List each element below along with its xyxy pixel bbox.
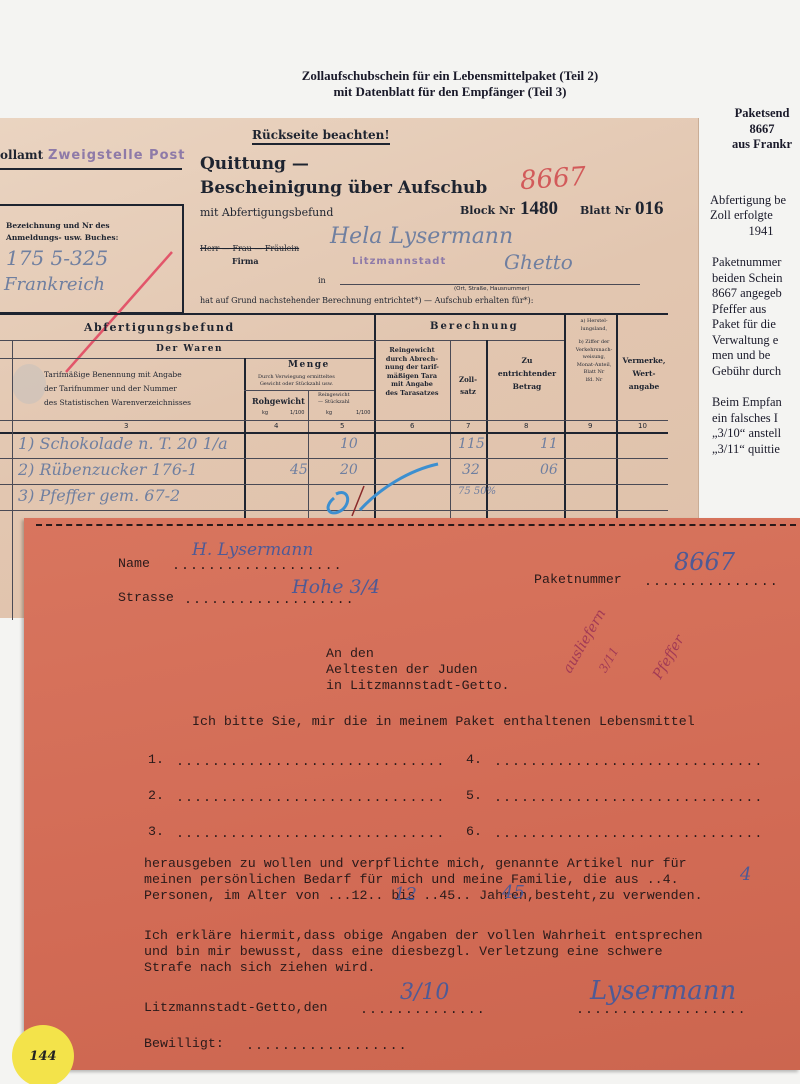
header-line: Reingewicht [380,346,444,355]
receipt-title: Quittung — [200,154,309,174]
addressee-line-2: Aeltesten der Juden [326,662,478,678]
header-line: durch Abrech- [380,355,444,364]
clearance-findings-heading: Abfertigungsbefund [84,321,235,334]
handwritten-recipient-name: Hela Lysermann [330,224,513,249]
side-paragraph-2: Paketnummer beiden Schein 8667 angegeb P… [712,255,800,379]
hundredth-unit: 1/100 [290,410,304,416]
calculation-heading: Berechnung [430,321,519,332]
header-line: Tarifmäßige Benennung mit Angabe [44,368,191,382]
table-row-2-rate: 32 [462,462,480,478]
page-title-line-1: Zollaufschubschein für ein Lebensmittelp… [0,68,800,84]
sticker-number: 144 [29,1049,56,1064]
column-number: 7 [466,422,470,430]
header-line: des Tarasatzes [380,389,444,398]
header-line: b) Ziffer der [568,339,620,347]
handwritten-date: 3/10 [400,980,449,1005]
header-line: a) Herstel- [568,318,620,326]
table-row-3-rate: 75 50% [458,486,496,497]
duty-rate-heading: Zoll- satz [456,374,480,398]
side-line: 8667 angegeb [712,286,800,302]
column-number: 8 [524,422,528,430]
header-line: Gewicht oder Stückzahl usw. [258,381,335,388]
perforation-line [36,524,796,526]
header-line: des Statistischen Warenverzeichnisses [44,396,191,410]
header-line: Zoll- [456,374,480,386]
item-1-dots: .............................. [176,754,445,770]
column-number: 9 [588,422,592,430]
parcel-number-handwritten: 8667 [674,548,735,576]
request-text: Ich bitte Sie, mir die in meinem Paket e… [192,714,695,730]
side-paragraph-1: Abfertigung be Zoll erfolgte 1941 [710,193,800,240]
blue-check-mark [320,458,450,518]
side-line: „3/11“ quittie [712,442,800,458]
side-line: Paketnummer [712,255,800,271]
item-4-label: 4. [466,752,482,768]
block-number: 1480 [520,198,558,220]
item-3-dots: .............................. [176,826,445,842]
header-line: mit Angabe [380,380,444,389]
page-number-sticker: 144 [12,1025,74,1084]
column-number: 3 [124,422,128,430]
handwritten-person-count: 4 [740,864,751,885]
header-line: lungsland, [568,326,620,334]
table-row-1-rate: 115 [458,436,485,452]
handwritten-red-parcel-number: 8667 [519,162,587,197]
column-number: 4 [274,422,278,430]
parcel-number-label: Paketnummer [534,572,622,588]
item-2-label: 2. [148,788,164,804]
red-note-date: 3/11 [596,645,622,675]
divider [244,390,374,391]
header-line: mäßigen Tara [380,372,444,381]
net-weight-heading: Reingewicht — Stückzahl [318,392,350,406]
column-number: 10 [638,422,647,430]
side-line: Beim Empfan [712,395,800,411]
item-6-dots: .............................. [494,826,763,842]
zollamt-stamp: Zweigstelle Post [48,148,185,163]
kg-unit: kg [326,410,332,416]
quantity-subheading: Durch Verwiegung ermitteltes Gewicht ode… [258,374,335,388]
remarks-heading: Vermerke, Wert- angabe [620,354,668,393]
net-weight-tare-heading: Reingewicht durch Abrech- nung der tarif… [380,346,444,397]
header-line: lfd. Nr [568,377,620,385]
side-line: Gebühr durch [712,364,800,380]
receipt-subtitle-2: mit Abfertigungsbefund [200,206,333,219]
table-row-1-item: 1) Schokolade n. T. 20 1/a [18,434,228,453]
goods-description-header: Tarifmäßige Benennung mit Angabe der Tar… [44,368,191,410]
divider [0,168,182,170]
header-line: Wert- [620,367,668,380]
side-line: 1941 [710,224,800,240]
page-title: Zollaufschubschein für ein Lebensmittelp… [0,68,800,100]
item-6-label: 6. [466,824,482,840]
table-row-2-item: 2) Rübenzucker 176-1 [18,460,198,479]
handwritten-signature: Lysermann [590,976,736,1006]
side-annotation: Paketsend 8667 aus Frankr Abfertigung be… [712,106,800,457]
place-date-label: Litzmannstadt-Getto,den [144,1000,328,1016]
sheet-number: 016 [635,198,664,220]
approved-field-dots: .................. [246,1038,408,1054]
header-line: satz [456,386,480,398]
side-line: Abfertigung be [710,193,800,209]
red-note-pepper: Pfeffer [650,633,688,682]
zollamt-label: ollamt [0,148,43,162]
item-1-label: 1. [148,752,164,768]
header-line: Monat-Anteil, [568,362,620,370]
address-hint: (Ort, Straße, Hausnummer) [454,286,529,292]
side-heading-3: aus Frankr [712,137,800,153]
header-line: — Stückzahl [318,399,350,406]
in-label: in [318,276,326,285]
side-line: Paket für die [712,317,800,333]
paid-statement: hat auf Grund nachstehender Berechnung e… [200,296,533,305]
table-top-border [0,313,668,315]
item-3-label: 3. [148,824,164,840]
book-box-label: Bezeichnung und Nr des Anmeldungs- usw. … [6,220,118,244]
column-number: 5 [340,422,344,430]
declaration-line-3: Strafe nach sich ziehen wird. [144,960,375,976]
page-title-line-2: mit Datenblatt für den Empfänger (Teil 3… [0,84,800,100]
table-row-1-net: 10 [340,436,358,452]
declaration-line-2: und bin mir bewusst, dass eine diesbezgl… [144,944,663,960]
table-row-2-amount: 06 [540,462,558,478]
side-line: Pfeffer aus [712,302,800,318]
stain [12,364,46,404]
side-paragraph-3: Beim Empfan ein falsches I „3/10“ anstel… [712,395,800,457]
handwritten-age-from: 12 [394,884,417,905]
recipient-data-sheet: Name ................... H. Lysermann St… [24,518,800,1070]
goods-heading: Der Waren [156,344,223,354]
side-line: men und be [712,348,800,364]
body-line-3: Personen, im Alter von ...12.. bis ..45.… [144,888,703,904]
item-5-dots: .............................. [494,790,763,806]
item-2-dots: .............................. [176,790,445,806]
column-divider [12,340,13,620]
side-line: Zoll erfolgte [710,208,800,224]
side-heading-1: Paketsend [712,106,800,122]
book-box-label-line: Bezeichnung und Nr des [6,220,118,232]
origin-country-heading: a) Herstel- lungsland, b) Ziffer der Ver… [568,318,620,384]
reverse-side-notice: Rückseite beachten! [252,128,390,145]
name-label: Name [118,556,150,572]
divider [374,340,564,341]
table-row-2-gross: 45 [290,462,308,478]
kg-unit: kg [262,410,268,416]
item-5-label: 5. [466,788,482,804]
side-line: ein falsches I [712,411,800,427]
header-line: Blatt Nr [568,369,620,377]
block-label: Block Nr [460,204,515,217]
side-line: Verwaltung e [712,333,800,349]
header-line: weisung, [568,354,620,362]
item-4-dots: .............................. [494,754,763,770]
side-heading-2: 8667 [712,122,800,138]
handwritten-age-to: 45 [502,882,525,903]
header-line: nung der tarif- [380,363,444,372]
hundredth-unit: 1/100 [356,410,370,416]
receipt-subtitle: Bescheinigung über Aufschub [200,178,487,198]
parcel-number-dots: ............... [644,574,779,590]
declaration-line-1: Ich erkläre hiermit,dass obige Angaben d… [144,928,703,944]
addressee-line-1: An den [326,646,374,662]
body-line-1: herausgeben zu wollen und verpflichte mi… [144,856,687,872]
header-line: Reingewicht [318,392,350,399]
header-line: der Tarifnummer und der Nummer [44,382,191,396]
header-line: entrichtender [496,367,558,380]
table-row-1-amount: 11 [540,436,558,452]
name-field-dots: ................... [172,558,343,574]
header-line: Betrag [496,380,558,393]
header-line: Durch Verwiegung ermitteltes [258,374,335,381]
divider [0,420,668,421]
quantity-heading: Menge [288,360,330,370]
salutation-options: Herr — Frau — Fräulein [200,244,299,253]
addressee-line-3: in Litzmannstadt-Getto. [326,678,510,694]
handwritten-location: Ghetto [504,250,573,274]
divider [0,358,374,359]
name-field-handwritten: H. Lysermann [192,540,313,560]
divider [0,340,374,341]
header-line: angabe [620,380,668,393]
side-line: beiden Schein [712,271,800,287]
city-stamp: Litzmannstadt [352,256,446,267]
side-line: „3/10“ anstell [712,426,800,442]
street-label: Strasse [118,590,174,606]
table-row-3-item: 3) Pfeffer gem. 67-2 [18,486,180,505]
approved-label: Bewilligt: [144,1036,224,1052]
street-field-handwritten: Hohe 3/4 [292,576,380,598]
column-number: 6 [410,422,414,430]
header-line: Verkehrsnach- [568,347,620,355]
amount-payable-heading: Zu entrichtender Betrag [496,354,558,393]
header-line: Vermerke, [620,354,668,367]
firm-label: Firma [232,256,259,266]
book-box-label-line: Anmeldungs- usw. Buches: [6,232,118,244]
header-line: Zu [496,354,558,367]
address-line [340,284,640,285]
gross-weight-heading: Rohgewicht [252,396,305,406]
sheet-label: Blatt Nr [580,204,630,217]
